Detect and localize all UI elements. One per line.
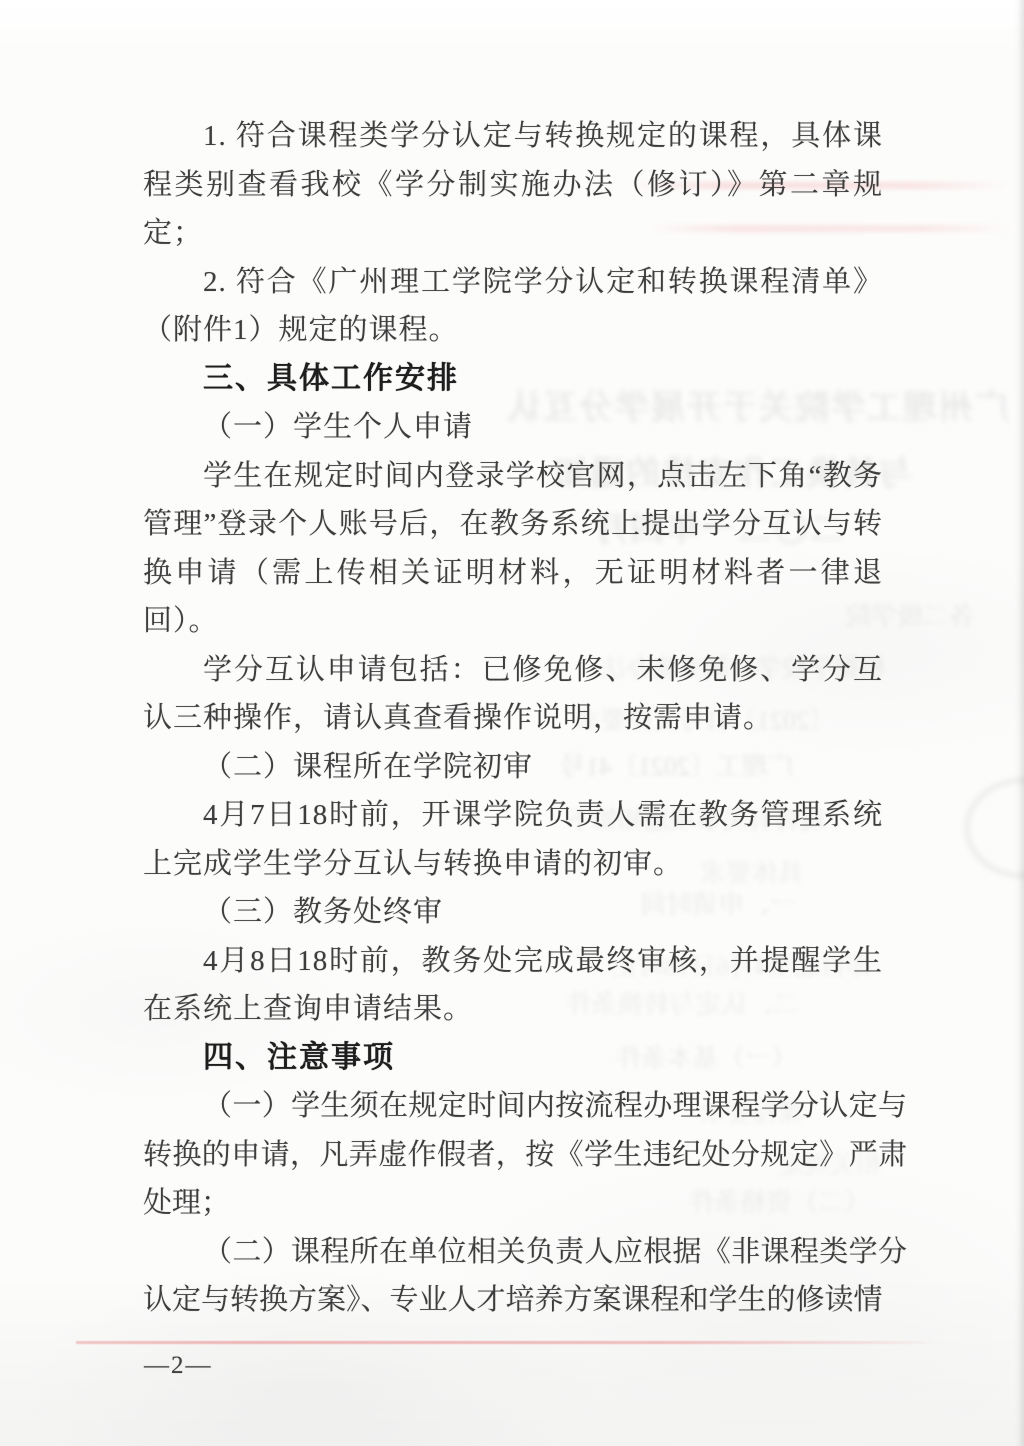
subheading-final-review: （三）教务处终审 [143,888,883,937]
paragraph-student-apply: 学生在规定时间内登录学校官网，点击左下角“教务管理”登录个人账号后，在教务系统上… [143,452,883,646]
footer-red-rule [76,1341,938,1344]
section-heading-4: 四、注意事项 [143,1034,883,1083]
paragraph-apply-types: 学分互认申请包括：已修免修、未修免修、学分互认三种操作，请认真查看操作说明，按需… [143,646,883,743]
paragraph-note-1: （一）学生须在规定时间内按流程办理课程学分认定与转换的申请，凡弄虚作假者，按《学… [143,1082,907,1228]
subheading-student-apply: （一）学生个人申请 [143,403,883,452]
section-heading-3: 三、具体工作安排 [143,355,883,404]
scanned-document-page: 广州理工学院关于开展学分互认 与转换工作安排的通知 二〇二一年四月 各二级学院 … [0,0,1024,1446]
document-body: 1. 符合课程类学分认定与转换规定的课程，具体课程类别查看我校《学分制实施办法（… [143,112,883,1325]
scan-top-edge [0,0,1024,26]
paragraph-final-review: 4月8日18时前，教务处完成最终审核，并提醒学生在系统上查询申请结果。 [143,937,883,1034]
subheading-college-review: （二）课程所在学院初审 [143,743,883,792]
paragraph-condition-2: 2. 符合《广州理工学院学分认定和转换课程清单》（附件1）规定的课程。 [143,258,883,355]
page-number: —2— [144,1352,213,1380]
scan-right-edge-shadow [1014,0,1024,1446]
paragraph-college-review: 4月7日18时前，开课学院负责人需在教务管理系统上完成学生学分互认与转换申请的初… [143,791,883,888]
paragraph-note-2: （二）课程所在单位相关负责人应根据《非课程类学分认定与转换方案》、专业人才培养方… [143,1228,907,1325]
paragraph-condition-1: 1. 符合课程类学分认定与转换规定的课程，具体课程类别查看我校《学分制实施办法（… [143,112,883,258]
